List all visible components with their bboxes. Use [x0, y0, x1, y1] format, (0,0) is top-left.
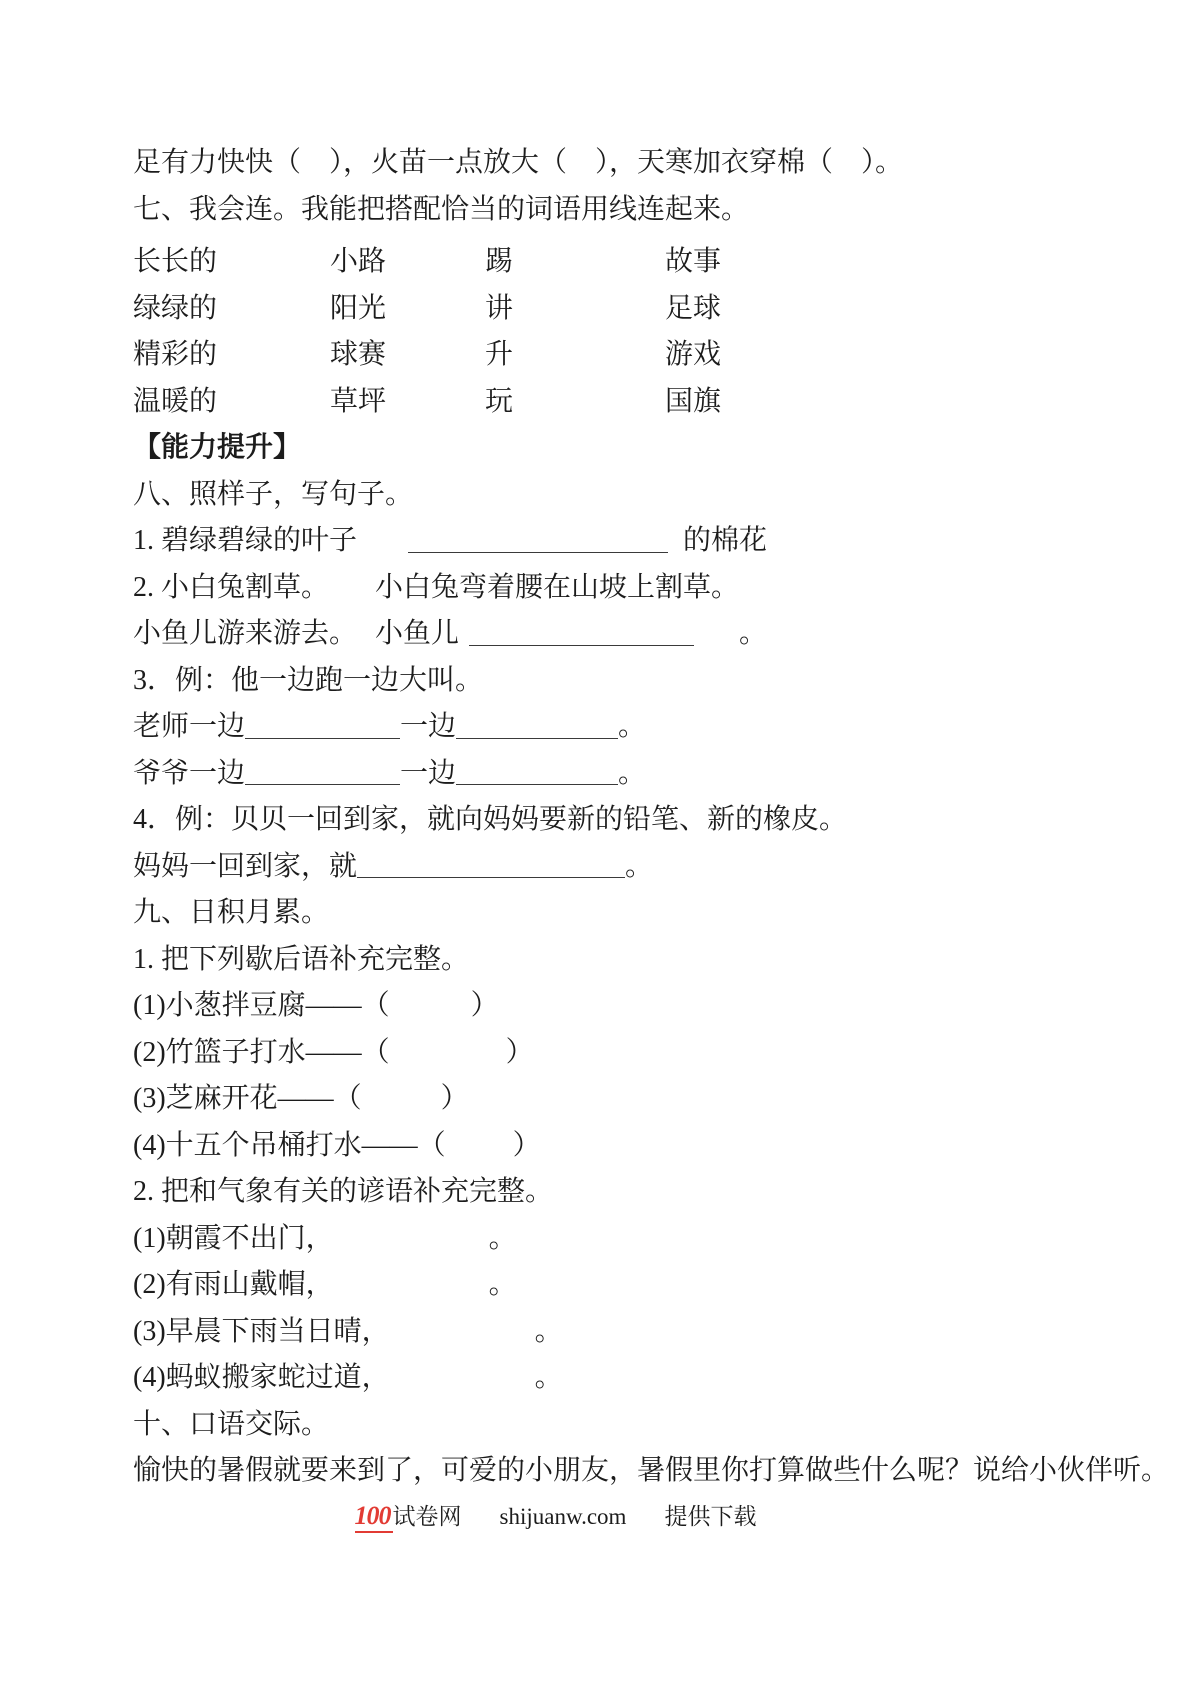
match-row: 绿绿的 阳光 讲 足球: [133, 283, 1058, 330]
sec8-q3-example-text: 3．例：他一边跑一边大叫。: [133, 658, 483, 698]
section-10-title-text: 十、口语交际。: [133, 1402, 329, 1442]
sec8-q4-example-text: 4．例：贝贝一回到家，就向妈妈要新的铅笔、新的橡皮。: [133, 797, 847, 837]
answer-blank: [469, 617, 694, 646]
xiehouyu-prompt: (3)芝麻开花——（: [133, 1076, 362, 1116]
footer: 100 试卷网 shijuanw.com 提供下载: [0, 1498, 1151, 1533]
worksheet-page: 足有力快快（ ），火苗一点放大（ ），天寒加衣穿棉（ ）。 七、我会连。我能把搭…: [0, 0, 1191, 1684]
logo-100-text: 100: [355, 1501, 393, 1533]
yanyu-item: (4)蚂蚁搬家蛇过道， 。: [133, 1352, 1058, 1399]
xiehouyu-item: (3)芝麻开花——（ ）: [133, 1073, 1058, 1120]
answer-space: [390, 989, 471, 1017]
match-object: 足球: [665, 286, 1058, 326]
answer-blank: [408, 524, 668, 553]
sec8-q3a-subject: 老师一边: [133, 704, 245, 744]
match-verb: 讲: [485, 286, 665, 326]
yanyu-prompt: (1)朝霞不出门，: [133, 1216, 334, 1256]
logo-site-name: 试卷网: [393, 1498, 462, 1531]
match-noun: 小路: [330, 239, 485, 279]
sec8-q3b-subject: 爷爷一边: [133, 751, 245, 791]
match-verb: 玩: [485, 379, 665, 419]
answer-blank: [357, 849, 625, 878]
sec10-body-text: 愉快的暑假就要来到了，可爱的小朋友，暑假里你打算做些什么呢？说给小伙伴听。: [133, 1448, 1169, 1488]
match-adjective: 精彩的: [133, 332, 330, 372]
match-noun: 球赛: [330, 332, 485, 372]
answer-space: [362, 1082, 441, 1110]
xiehouyu-close-paren: ）: [441, 1076, 469, 1116]
answer-space: [390, 1315, 535, 1343]
section-8-title: 八、照样子，写句子。: [133, 469, 1058, 516]
match-object: 故事: [665, 239, 1058, 279]
sec8-q3b-period: 。: [618, 751, 646, 791]
yanyu-period: 。: [489, 1262, 517, 1302]
match-verb: 升: [485, 332, 665, 372]
section-8-title-text: 八、照样子，写句子。: [133, 472, 413, 512]
yanyu-prompt: (2)有雨山戴帽，: [133, 1262, 334, 1302]
answer-space: [390, 1361, 535, 1389]
intro-fill-text: 足有力快快（ ），火苗一点放大（ ），天寒加衣穿棉（ ）。: [133, 140, 903, 180]
match-row: 温暖的 草坪 玩 国旗: [133, 376, 1058, 423]
answer-blank: [456, 756, 618, 785]
answer-space: [446, 1129, 513, 1157]
sec8-q2b-period: 。: [739, 611, 767, 651]
answer-blank: [456, 710, 618, 739]
section-7-title: 七、我会连。我能把搭配恰当的词语用线连起来。: [133, 184, 1058, 231]
yanyu-period: 。: [489, 1216, 517, 1256]
match-row: 长长的 小路 踢 故事: [133, 236, 1058, 283]
yanyu-period: 。: [535, 1309, 563, 1349]
sec8-q3a-period: 。: [618, 704, 646, 744]
sec8-q4-line: 妈妈一回到家，就 。: [133, 841, 1058, 888]
sec8-q2-line: 2. 小白兔割草。 小白兔弯着腰在山坡上割草。: [133, 562, 1058, 609]
xiehouyu-prompt: (4)十五个吊桶打水——（: [133, 1123, 446, 1163]
sec9-sub2-title: 2. 把和气象有关的谚语补充完整。: [133, 1166, 1058, 1213]
xiehouyu-close-paren: ）: [506, 1030, 534, 1070]
sec9-sub1-title: 1. 把下列歇后语补充完整。: [133, 934, 1058, 981]
yanyu-prompt: (4)蚂蚁搬家蛇过道，: [133, 1355, 390, 1395]
yanyu-period: 。: [535, 1355, 563, 1395]
match-verb: 踢: [485, 239, 665, 279]
sec8-q3b-mid: 一边: [400, 751, 456, 791]
section-7-title-text: 七、我会连。我能把搭配恰当的词语用线连起来。: [133, 187, 749, 227]
sec8-q1-line: 1. 碧绿碧绿的叶子 的棉花: [133, 515, 1058, 562]
sec8-q3-example-line: 3．例：他一边跑一边大叫。: [133, 655, 1058, 702]
answer-space: [390, 1036, 506, 1064]
match-object: 国旗: [665, 379, 1058, 419]
xiehouyu-item: (4)十五个吊桶打水——（ ）: [133, 1120, 1058, 1167]
section-9-title: 九、日积月累。: [133, 887, 1058, 934]
answer-space: [334, 1222, 489, 1250]
ability-section-header: 【能力提升】: [133, 422, 1058, 469]
sec9-sub2-title-text: 2. 把和气象有关的谚语补充完整。: [133, 1169, 553, 1209]
sec8-q3a-mid: 一边: [400, 704, 456, 744]
answer-blank: [245, 756, 400, 785]
xiehouyu-prompt: (1)小葱拌豆腐——（: [133, 983, 390, 1023]
xiehouyu-close-paren: ）: [471, 983, 499, 1023]
intro-fill-line: 足有力快快（ ），火苗一点放大（ ），天寒加衣穿棉（ ）。: [133, 137, 1058, 184]
xiehouyu-item: (1)小葱拌豆腐——（ ）: [133, 980, 1058, 1027]
yanyu-item: (3)早晨下雨当日晴， 。: [133, 1306, 1058, 1353]
sec8-q1-suffix: 的棉花: [683, 518, 767, 558]
sec8-q3a-line: 老师一边 一边 。: [133, 701, 1058, 748]
sec8-q4-prompt: 妈妈一回到家，就: [133, 844, 357, 884]
match-noun: 阳光: [330, 286, 485, 326]
xiehouyu-item: (2)竹篮子打水——（ ）: [133, 1027, 1058, 1074]
sec8-q2b-prompt: 小鱼儿游来游去。: [133, 611, 375, 651]
yanyu-item: (1)朝霞不出门， 。: [133, 1213, 1058, 1260]
sec8-q2-prompt: 2. 小白兔割草。: [133, 565, 375, 605]
sec9-sub1-title-text: 1. 把下列歇后语补充完整。: [133, 937, 469, 977]
match-row: 精彩的 球赛 升 游戏: [133, 329, 1058, 376]
answer-space: [334, 1268, 489, 1296]
sec8-q2b-line: 小鱼儿游来游去。 小鱼儿 。: [133, 608, 1058, 655]
sec8-q3b-line: 爷爷一边 一边 。: [133, 748, 1058, 795]
match-noun: 草坪: [330, 379, 485, 419]
footer-domain: shijuanw.com: [500, 1504, 627, 1530]
sec8-q1-prompt: 1. 碧绿碧绿的叶子: [133, 518, 375, 558]
footer-download-text: 提供下载: [664, 1498, 756, 1531]
match-adjective: 温暖的: [133, 379, 330, 419]
sec10-body-line: 愉快的暑假就要来到了，可爱的小朋友，暑假里你打算做些什么呢？说给小伙伴听。: [133, 1445, 1058, 1492]
xiehouyu-prompt: (2)竹篮子打水——（: [133, 1030, 390, 1070]
shijuanw-logo: 100 试卷网: [355, 1498, 462, 1533]
worksheet-content: 足有力快快（ ），火苗一点放大（ ），天寒加衣穿棉（ ）。 七、我会连。我能把搭…: [133, 137, 1058, 1492]
sec8-q2b-subject: 小鱼儿: [375, 611, 459, 651]
match-adjective: 长长的: [133, 239, 330, 279]
sec8-q4-period: 。: [625, 844, 653, 884]
section-10-title: 十、口语交际。: [133, 1399, 1058, 1446]
sec8-q4-example-line: 4．例：贝贝一回到家，就向妈妈要新的铅笔、新的橡皮。: [133, 794, 1058, 841]
sec8-q2-example: 小白兔弯着腰在山坡上割草。: [375, 565, 739, 605]
yanyu-prompt: (3)早晨下雨当日晴，: [133, 1309, 390, 1349]
section-9-title-text: 九、日积月累。: [133, 890, 329, 930]
xiehouyu-close-paren: ）: [513, 1123, 541, 1163]
match-adjective: 绿绿的: [133, 286, 330, 326]
yanyu-item: (2)有雨山戴帽， 。: [133, 1259, 1058, 1306]
ability-section-header-text: 【能力提升】: [133, 425, 301, 465]
match-object: 游戏: [665, 332, 1058, 372]
answer-blank: [245, 710, 400, 739]
